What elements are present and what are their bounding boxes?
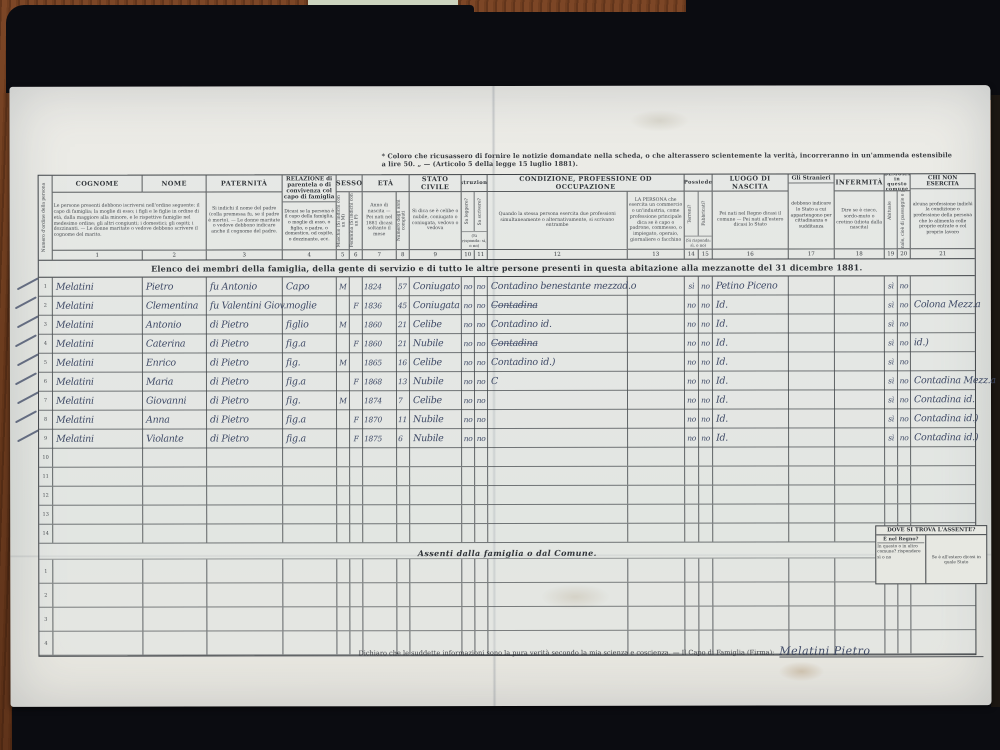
cell-sa-scrivere: no <box>475 353 488 372</box>
absent-in-kingdom-title: È nel Regno? <box>877 536 924 543</box>
cell-sesso-f <box>350 353 363 372</box>
cell-empty <box>363 607 397 630</box>
cell-relazione: fig.a <box>283 410 337 429</box>
cell-terreni: no <box>685 429 699 448</box>
cell-terreni: sì <box>685 277 699 296</box>
cell-sesso-f <box>350 505 363 523</box>
folder-cover-top-left <box>6 5 474 93</box>
absent-row: 3 <box>39 606 975 632</box>
col-sa-leggere-label: Sa leggere? <box>465 198 470 224</box>
cell-empty <box>475 607 488 630</box>
cell-fabbricati <box>699 505 713 523</box>
cell-sesso-f <box>350 524 363 542</box>
col-sesso-m-label: Maschio (Si indichi con un M) <box>338 193 348 248</box>
cell-empty <box>835 606 885 629</box>
cell-demora-occasionale: no <box>898 428 911 447</box>
cell-demora-occasionale: no <box>898 409 911 428</box>
cell-sa-scrivere: no <box>475 372 488 391</box>
col-num-21: 21 <box>911 248 975 258</box>
cell-fabbricati <box>699 467 713 485</box>
cell-sesso-f: F <box>350 410 363 429</box>
cell-sa-leggere: no <box>462 410 475 429</box>
cell-anno-nascita: 1860 <box>363 334 397 353</box>
cell-sesso-m: M <box>337 277 350 296</box>
cell-empty <box>53 608 143 631</box>
cell-sesso-m <box>337 410 350 429</box>
col-paternita-title: PATERNITÀ <box>207 175 283 192</box>
col-demora-title: DEMORA in questo comune <box>885 174 911 191</box>
cell-relazione <box>283 505 337 523</box>
table-row: 11 <box>39 466 975 487</box>
cell-infermita <box>835 428 885 447</box>
cell-demora-abituale: sì <box>885 314 898 333</box>
cell-stato-civile: Nubile <box>410 372 462 391</box>
col-chi-title: CHI NON ESERCITA <box>911 174 975 189</box>
cell-empty <box>337 559 350 582</box>
table-row: 5 Melatini Enrico di Pietro fig. M 1865 … <box>39 352 975 373</box>
cell-anni-compiuti: 16 <box>397 353 410 372</box>
col-abituale-header: Abituale <box>885 191 898 248</box>
cell-la-persona <box>628 391 685 410</box>
cell-cognome: Melatini <box>53 278 143 297</box>
col-luogo-desc: Pei nati nel Regno dicasi il comune — Pe… <box>713 191 789 248</box>
cell-sa-scrivere <box>475 524 488 542</box>
cell-infermita <box>835 276 885 295</box>
pen-mark <box>15 372 37 385</box>
present-members-rows: 1 Melatini Pietro fu Antonio Capo M 1824… <box>39 276 975 544</box>
cell-empty <box>475 583 488 606</box>
col-num-5: 5 <box>337 249 350 259</box>
col-num-10: 10 <box>462 249 475 259</box>
cell-stranieri <box>789 504 835 522</box>
cell-anni-compiuti <box>397 505 410 523</box>
col-num-19: 19 <box>885 248 898 258</box>
cell-sa-scrivere <box>475 505 488 523</box>
cell-empty <box>143 632 207 655</box>
cell-empty <box>53 560 143 583</box>
col-chi-desc: alcuna professione indichi la condizione… <box>911 189 975 248</box>
cell-condizione: C̶o̶n̶t̶a̶d̶i̶n̶a̶ <box>488 334 628 353</box>
cell-empty <box>789 582 835 605</box>
cell-terreni: no <box>685 353 699 372</box>
cell-infermita <box>835 352 885 371</box>
cell-demora-abituale <box>885 447 898 465</box>
cell-stranieri <box>789 314 835 333</box>
cell-cognome <box>53 525 143 543</box>
cell-demora-occasionale: no <box>898 295 911 314</box>
col-sa-scrivere-label: Sa scrivere? <box>478 198 483 225</box>
col-condizione-title: CONDIZIONE, PROFESSIONE OD OCCUPAZIONE <box>488 175 685 192</box>
cell-la-persona <box>628 467 685 485</box>
cell-stato-civile <box>410 524 462 542</box>
cell-sesso-m <box>337 429 350 448</box>
cell-condizione: Contadino benestante mezzad.o <box>488 277 628 296</box>
cell-infermita <box>835 390 885 409</box>
cell-nome: Pietro <box>143 278 207 297</box>
cell-stato-civile <box>410 467 462 485</box>
table-header: Numero d'ordine della persona COGNOME NO… <box>39 174 975 261</box>
col-nome-title: NOME <box>143 176 207 193</box>
cell-sa-leggere: no <box>462 277 475 296</box>
cell-chi-non-esercita: Contadina id. <box>911 390 975 409</box>
col-stato-title: STATO CIVILE <box>410 175 462 192</box>
cell-nome: Clementina <box>143 297 207 316</box>
cell-infermita <box>835 409 885 428</box>
col-eta-anno-desc: Anno di nascita — Pei nati nel 1881 dica… <box>363 192 397 249</box>
table-row: 9 Melatini Violante di Pietro fig.a F 18… <box>39 428 975 449</box>
cell-sa-leggere <box>462 505 475 523</box>
cell-stato-civile: Coniugato <box>410 277 462 296</box>
cell-terreni: no <box>685 315 699 334</box>
cell-anno-nascita <box>363 524 397 542</box>
cell-stranieri <box>789 295 835 314</box>
paper-stain <box>630 110 690 132</box>
cell-demora-occasionale: no <box>898 333 911 352</box>
cell-infermita <box>835 295 885 314</box>
cell-fabbricati: no <box>699 353 713 372</box>
cell-sesso-m <box>337 505 350 523</box>
cell-cognome <box>53 506 143 524</box>
absent-in-kingdom-cell: È nel Regno? In questo o in altro comune… <box>876 535 926 583</box>
cell-empty <box>53 632 143 655</box>
col-num-2: 2 <box>143 250 207 260</box>
cell-paternita: di Pietro <box>207 391 283 410</box>
cell-nome <box>143 468 207 486</box>
cell-fabbricati: no <box>699 296 713 315</box>
cell-sesso-m <box>337 334 350 353</box>
cell-la-persona <box>628 448 685 466</box>
cell-empty <box>143 584 207 607</box>
cell-empty <box>898 582 911 605</box>
col-luogo-title: LUOGO DI NASCITA <box>713 174 789 191</box>
penalty-note: * Coloro che ricusassero di fornire le n… <box>382 151 957 168</box>
cell-anni-compiuti: 21 <box>397 315 410 334</box>
cell-stato-civile: Nubile <box>410 334 462 353</box>
cell-sesso-f: F <box>350 429 363 448</box>
absent-section-title: Assenti dalla famiglia o dal Comune. <box>418 548 597 558</box>
cell-luogo-nascita <box>713 523 789 541</box>
cell-empty <box>397 607 410 630</box>
table-row: 8 Melatini Anna di Pietro fig.a F 1870 1… <box>39 409 975 430</box>
cell-cognome <box>53 487 143 505</box>
pen-mark <box>17 277 39 290</box>
cognome-nome-desc: Le persone presenti debbono iscriversi n… <box>53 193 207 250</box>
absent-abroad-cell: Se è all'estero dicasi in quale Stato <box>926 552 986 567</box>
col-paternita-desc: Si indichi il nome del padre (colla prem… <box>207 192 283 249</box>
row-number: 8 <box>39 411 53 430</box>
cell-demora-abituale: sì <box>885 276 898 295</box>
col-num-17: 17 <box>789 248 835 258</box>
cell-relazione: Capo <box>283 277 337 296</box>
cell-sa-leggere <box>462 448 475 466</box>
cell-empty <box>207 607 283 630</box>
cell-condizione <box>488 467 628 485</box>
cell-cognome <box>53 449 143 467</box>
cell-cognome: Melatini <box>53 335 143 354</box>
col-num-14: 14 <box>685 249 699 259</box>
col-num-11: 11 <box>475 249 488 259</box>
col-stranieri-header: Gli Stranieri debbono indicare lo Stato … <box>789 174 835 248</box>
cell-condizione <box>488 524 628 542</box>
cell-anni-compiuti <box>397 486 410 504</box>
cell-empty <box>207 631 283 654</box>
cell-sa-leggere: no <box>462 353 475 372</box>
cell-cognome: Melatini <box>53 297 143 316</box>
cell-anni-compiuti: 11 <box>397 410 410 429</box>
cell-stranieri <box>789 409 835 428</box>
cell-cognome: Melatini <box>53 430 143 449</box>
cell-paternita <box>207 448 283 466</box>
census-table: Numero d'ordine della persona COGNOME NO… <box>38 173 977 657</box>
cell-sesso-m <box>337 448 350 466</box>
cell-sesso-m <box>337 296 350 315</box>
cell-demora-abituale: sì <box>885 390 898 409</box>
pen-mark <box>17 315 39 328</box>
cell-chi-non-esercita: Contadina Mezz.a <box>911 371 996 390</box>
absent-rows: 1 <box>39 558 975 656</box>
cell-stranieri <box>789 371 835 390</box>
cell-la-persona <box>628 277 685 296</box>
col-num-16: 16 <box>713 248 789 258</box>
cell-terreni <box>685 524 699 542</box>
cell-infermita <box>835 504 885 522</box>
cell-condizione <box>488 429 628 448</box>
istruzione-note: (Si risponda: sì, o no) <box>462 231 487 249</box>
cell-la-persona <box>628 334 685 353</box>
cell-anno-nascita: 1868 <box>363 372 397 391</box>
cell-fabbricati: no <box>699 429 713 448</box>
pen-mark <box>17 391 39 404</box>
cell-anno-nascita: 1870 <box>363 410 397 429</box>
cell-demora-occasionale <box>898 485 911 503</box>
row-number: 1 <box>39 278 53 297</box>
cell-empty <box>337 607 350 630</box>
cell-demora-abituale <box>885 485 898 503</box>
col-stranieri-title: Gli Stranieri <box>789 174 834 183</box>
pen-mark <box>17 429 39 442</box>
table-row: 4 Melatini Caterina di Pietro fig.a F 18… <box>39 333 975 354</box>
table-row: 13 <box>39 504 975 525</box>
cell-anni-compiuti: 7 <box>397 391 410 410</box>
cell-empty <box>898 606 911 629</box>
row-number: 9 <box>39 430 53 449</box>
cell-anni-compiuti: 13 <box>397 372 410 391</box>
cell-relazione: fig.a <box>283 372 337 391</box>
col-num-7: 7 <box>363 249 397 259</box>
cell-demora-occasionale: no <box>898 314 911 333</box>
cell-condizione <box>488 391 628 410</box>
cell-luogo-nascita: Id. <box>713 409 789 428</box>
cell-stranieri <box>789 466 835 484</box>
absent-in-kingdom-desc: In questo o in altro comune? rispondere … <box>877 543 924 559</box>
cell-sa-leggere <box>462 524 475 542</box>
cell-luogo-nascita: Id. <box>713 314 789 333</box>
cell-empty <box>363 559 397 582</box>
col-persona-header: Numero d'ordine della persona <box>39 176 53 260</box>
col-la-persona-desc: LA PERSONA che esercita un commercio o u… <box>628 192 685 249</box>
cell-empty <box>410 583 462 606</box>
cell-infermita <box>835 485 885 503</box>
cell-la-persona <box>628 372 685 391</box>
cell-sa-leggere: no <box>462 429 475 448</box>
row-number: 11 <box>39 468 53 486</box>
cell-sesso-f <box>350 391 363 410</box>
cell-sesso-m <box>337 486 350 504</box>
cell-paternita: di Pietro <box>207 410 283 429</box>
absent-row: 2 <box>39 582 975 608</box>
col-sesso-m-header: Maschio (Si indichi con un M) <box>337 192 350 249</box>
cell-nome: Maria <box>143 373 207 392</box>
col-sesso-f-label: Femmina (Si indichi con un F) <box>351 193 361 248</box>
pen-mark <box>15 410 37 423</box>
cell-demora-abituale: sì <box>885 428 898 447</box>
cell-relazione: fig.a <box>283 334 337 353</box>
cell-sa-scrivere <box>475 448 488 466</box>
cell-chi-non-esercita <box>911 466 975 484</box>
cell-chi-non-esercita <box>911 314 975 333</box>
col-terreni-label: Terreni? <box>689 204 694 223</box>
col-num-15: 15 <box>699 249 713 259</box>
cell-paternita: di Pietro <box>207 315 283 334</box>
cell-la-persona <box>628 410 685 429</box>
cell-sa-scrivere: no <box>475 429 488 448</box>
absent-location-title: DOVE SI TROVA L'ASSENTE? <box>876 526 986 535</box>
cell-demora-abituale <box>885 504 898 522</box>
cell-paternita <box>207 505 283 523</box>
cell-luogo-nascita: Id. <box>713 371 789 390</box>
cell-chi-non-esercita <box>911 352 975 371</box>
cell-anno-nascita: 1836 <box>363 296 397 315</box>
cell-paternita: fu Valentini Giov. <box>207 296 283 315</box>
cell-empty <box>363 583 397 606</box>
cell-condizione <box>488 486 628 504</box>
cell-cognome: Melatini <box>53 411 143 430</box>
absent-section-band: Assenti dalla famiglia o dal Comune. <box>39 542 975 560</box>
col-occasionale-header: Occasionale, cioè di passaggio o per bre… <box>898 191 910 248</box>
cell-demora-abituale <box>885 466 898 484</box>
cell-luogo-nascita: Id. <box>713 295 789 314</box>
col-istruzione-title: Istruzione <box>462 175 488 192</box>
cell-nome: Anna <box>143 411 207 430</box>
cell-terreni: no <box>685 372 699 391</box>
cell-nome: Enrico <box>143 354 207 373</box>
cell-sesso-f <box>350 277 363 296</box>
col-abituale-label: Abituale <box>888 202 893 221</box>
cell-empty <box>885 606 898 629</box>
cell-stato-civile: Celibe <box>410 353 462 372</box>
pen-mark <box>15 296 37 309</box>
cell-paternita <box>207 486 283 504</box>
table-row: 2 Melatini Clementina fu Valentini Giov.… <box>39 295 975 316</box>
cell-fabbricati <box>699 448 713 466</box>
col-cognome-title: COGNOME <box>53 176 143 193</box>
cell-nome <box>143 487 207 505</box>
col-terreni-header: Terreni? <box>685 192 699 236</box>
row-number: 3 <box>39 316 53 335</box>
cell-sesso-f: F <box>350 296 363 315</box>
col-relazione-header: RELAZIONE di parentela o di convivenza c… <box>283 175 337 249</box>
col-sesso-title: SESSO <box>337 175 363 192</box>
row-number: 6 <box>39 373 53 392</box>
cell-nome <box>143 506 207 524</box>
cell-stranieri <box>789 523 835 541</box>
cell-anni-compiuti <box>397 467 410 485</box>
cell-empty <box>283 631 337 654</box>
col-num-1: 1 <box>53 250 143 260</box>
col-condizione-desc: Quando la stessa persona esercita due pr… <box>488 192 628 249</box>
cell-sa-scrivere: no <box>475 391 488 410</box>
cell-demora-abituale: sì <box>885 295 898 314</box>
cell-empty <box>410 559 462 582</box>
cell-paternita <box>207 524 283 542</box>
absent-location-box: DOVE SI TROVA L'ASSENTE? È nel Regno? In… <box>875 525 987 584</box>
cell-demora-occasionale: no <box>898 276 911 295</box>
pen-mark <box>17 353 39 366</box>
cell-luogo-nascita <box>713 447 789 465</box>
col-num-6: 6 <box>350 249 363 259</box>
census-sheet: * Coloro che ricusassero di fornire le n… <box>9 85 991 707</box>
cell-condizione: Contadino id. <box>488 315 628 334</box>
head-of-family-signature: Melatini Pietro <box>779 646 983 657</box>
col-infermita-desc: Dire se è cieco, sordo-muto o cretino (i… <box>835 191 885 248</box>
cell-cognome <box>53 468 143 486</box>
cell-nome: Violante <box>143 430 207 449</box>
col-possiede-title: Possiede <box>685 175 713 192</box>
cell-anno-nascita: 1874 <box>363 391 397 410</box>
table-row: 7 Melatini Giovanni di Pietro fig. M 187… <box>39 390 975 411</box>
cell-empty <box>699 607 713 630</box>
folder-cover-bottom <box>12 703 1000 750</box>
cell-nome <box>143 525 207 543</box>
col-num-12: 12 <box>488 249 628 259</box>
cell-empty <box>628 559 685 582</box>
cell-empty <box>337 631 350 654</box>
cell-sesso-f: F <box>350 372 363 391</box>
cell-empty <box>475 559 488 582</box>
cell-sesso-f <box>350 486 363 504</box>
cell-empty <box>713 582 789 605</box>
cell-sa-scrivere: no <box>475 315 488 334</box>
cell-chi-non-esercita <box>911 485 975 503</box>
cell-empty <box>462 607 475 630</box>
absent-row: 1 <box>39 558 975 584</box>
cell-empty <box>685 559 699 582</box>
cell-empty <box>462 583 475 606</box>
cell-relazione <box>283 467 337 485</box>
cell-anni-compiuti <box>397 524 410 542</box>
cell-demora-abituale: sì <box>885 409 898 428</box>
cell-empty <box>713 558 789 581</box>
cell-relazione <box>283 448 337 466</box>
cell-empty <box>283 559 337 582</box>
cell-paternita: di Pietro <box>207 334 283 353</box>
census-photo: * Coloro che ricusassero di fornire le n… <box>0 0 1000 750</box>
cell-anni-compiuti <box>397 448 410 466</box>
cell-terreni <box>685 448 699 466</box>
cell-empty <box>685 607 699 630</box>
cell-anno-nascita <box>363 467 397 485</box>
cell-infermita <box>835 447 885 465</box>
cell-empty <box>713 606 789 629</box>
cell-terreni: no <box>685 296 699 315</box>
cell-demora-occasionale <box>898 504 911 522</box>
col-eta-anni-label: Numero degli anni compiuti <box>398 193 408 248</box>
col-occasionale-label: Occasionale, cioè di passaggio o per bre… <box>901 191 906 248</box>
cell-empty <box>53 584 143 607</box>
cell-demora-occasionale: no <box>898 352 911 371</box>
row-number: 10 <box>39 449 53 467</box>
cell-stato-civile: Nubile <box>410 410 462 429</box>
